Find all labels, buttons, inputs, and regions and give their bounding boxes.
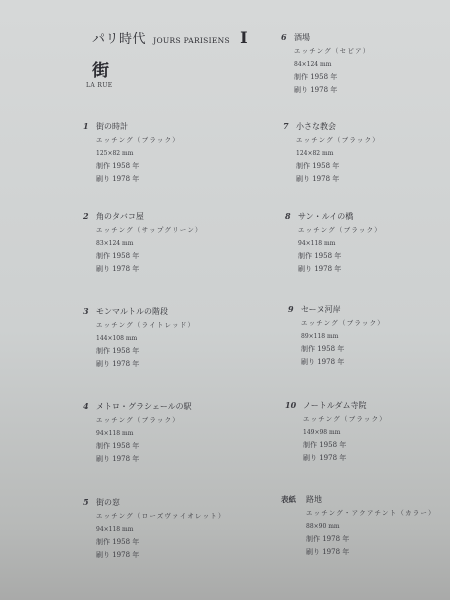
item-size: 84×124 mm [294, 58, 370, 71]
series-title: パリ時代 JOURS PARISIENS I [92, 28, 248, 47]
item-made-year: 制作 1958 年 [298, 250, 382, 263]
item-printed-year: 刷り 1978 年 [96, 263, 203, 276]
series-title-jp: パリ時代 [92, 32, 146, 47]
item-number: 10 [285, 399, 296, 412]
item-title: ノートルダム寺院 [303, 399, 387, 412]
item-printed-year: 刷り 1978 年 [301, 356, 385, 369]
item-printed-year: 刷り 1978 年 [306, 546, 436, 559]
item-title: 角のタバコ屋 [96, 210, 203, 223]
series-title-fr: JOURS PARISIENS [153, 36, 230, 45]
catalog-item-cover: 表紙 路地 エッチング・アクアチント（カラー） 88×90 mm 制作 1978… [306, 493, 436, 559]
catalog-item-5: 5 街の窓 エッチング（ローズヴァイオレット） 94×118 mm 制作 195… [96, 496, 226, 562]
item-printed-year: 刷り 1978 年 [303, 452, 387, 465]
catalog-item-4: 4 メトロ・グラシェールの駅 エッチング（ブラック） 94×118 mm 制作 … [96, 400, 192, 466]
item-made-year: 制作 1958 年 [294, 71, 370, 84]
item-technique: エッチング（サップグリーン） [96, 224, 203, 237]
item-technique: エッチング（ローズヴァイオレット） [96, 510, 226, 523]
item-title: サン・ルイの橋 [298, 210, 382, 223]
item-technique: エッチング（ブラック） [298, 224, 382, 237]
subtitle-jp: 街 [92, 56, 248, 81]
item-number: 3 [83, 305, 89, 318]
item-number: 5 [83, 496, 89, 509]
item-title: メトロ・グラシェールの駅 [96, 400, 192, 413]
item-made-year: 制作 1978 年 [306, 533, 436, 546]
item-size: 89×118 mm [301, 330, 385, 343]
item-number: 8 [285, 210, 291, 223]
catalog-item-9: 9 セーヌ河岸 エッチング（ブラック） 89×118 mm 制作 1958 年 … [301, 303, 385, 369]
item-title: 小さな教会 [296, 120, 380, 133]
item-size: 125×82 mm [96, 147, 180, 160]
item-size: 83×124 mm [96, 237, 203, 250]
item-technique: エッチング（ブラック） [96, 134, 180, 147]
item-printed-year: 刷り 1978 年 [96, 453, 192, 466]
item-number: 9 [288, 303, 294, 316]
cover-label: 表紙 [281, 493, 296, 506]
subtitle-fr: LA RUE [86, 82, 248, 89]
item-made-year: 制作 1958 年 [96, 250, 203, 263]
item-technique: エッチング（ブラック） [96, 414, 192, 427]
item-size: 124×82 mm [296, 147, 380, 160]
item-technique: エッチング（セピア） [294, 45, 370, 58]
item-size: 149×98 mm [303, 426, 387, 439]
volume-number: I [240, 28, 247, 47]
item-title: 酒場 [294, 31, 370, 44]
item-made-year: 制作 1958 年 [303, 439, 387, 452]
item-made-year: 制作 1958 年 [301, 343, 385, 356]
item-printed-year: 刷り 1978 年 [294, 84, 370, 97]
catalog-item-1: 1 街の時計 エッチング（ブラック） 125×82 mm 制作 1958 年 刷… [96, 120, 180, 186]
item-number: 2 [83, 210, 89, 223]
item-size: 88×90 mm [306, 520, 436, 533]
item-made-year: 制作 1958 年 [96, 536, 226, 549]
catalog-item-8: 8 サン・ルイの橋 エッチング（ブラック） 94×118 mm 制作 1958 … [298, 210, 382, 276]
catalog-item-2: 2 角のタバコ屋 エッチング（サップグリーン） 83×124 mm 制作 195… [96, 210, 203, 276]
item-printed-year: 刷り 1978 年 [96, 173, 180, 186]
item-made-year: 制作 1958 年 [96, 160, 180, 173]
catalog-item-3: 3 モンマルトルの階段 エッチング（ライトレッド） 144×108 mm 制作 … [96, 305, 195, 371]
item-technique: エッチング・アクアチント（カラー） [306, 507, 436, 520]
item-number: 1 [83, 120, 89, 133]
item-printed-year: 刷り 1978 年 [296, 173, 380, 186]
item-technique: エッチング（ライトレッド） [96, 319, 195, 332]
catalog-item-6: 6 酒場 エッチング（セピア） 84×124 mm 制作 1958 年 刷り 1… [294, 31, 370, 97]
item-technique: エッチング（ブラック） [301, 317, 385, 330]
item-title: モンマルトルの階段 [96, 305, 195, 318]
item-made-year: 制作 1958 年 [96, 345, 195, 358]
item-number: 6 [281, 31, 287, 44]
catalog-header: パリ時代 JOURS PARISIENS I 街 LA RUE [92, 28, 248, 89]
catalog-page: パリ時代 JOURS PARISIENS I 街 LA RUE 1 街の時計 エ… [0, 0, 450, 600]
item-size: 94×118 mm [298, 237, 382, 250]
item-size: 94×118 mm [96, 523, 226, 536]
item-technique: エッチング（ブラック） [296, 134, 380, 147]
catalog-item-10: 10 ノートルダム寺院 エッチング（ブラック） 149×98 mm 制作 195… [303, 399, 387, 465]
item-number: 7 [283, 120, 289, 133]
item-size: 144×108 mm [96, 332, 195, 345]
item-made-year: 制作 1958 年 [296, 160, 380, 173]
item-printed-year: 刷り 1978 年 [298, 263, 382, 276]
item-size: 94×118 mm [96, 427, 192, 440]
item-title: 路地 [306, 493, 436, 506]
item-number: 4 [83, 400, 89, 413]
item-title: セーヌ河岸 [301, 303, 385, 316]
catalog-item-7: 7 小さな教会 エッチング（ブラック） 124×82 mm 制作 1958 年 … [296, 120, 380, 186]
item-title: 街の時計 [96, 120, 180, 133]
item-technique: エッチング（ブラック） [303, 413, 387, 426]
item-printed-year: 刷り 1978 年 [96, 549, 226, 562]
item-made-year: 制作 1958 年 [96, 440, 192, 453]
item-printed-year: 刷り 1978 年 [96, 358, 195, 371]
item-title: 街の窓 [96, 496, 226, 509]
